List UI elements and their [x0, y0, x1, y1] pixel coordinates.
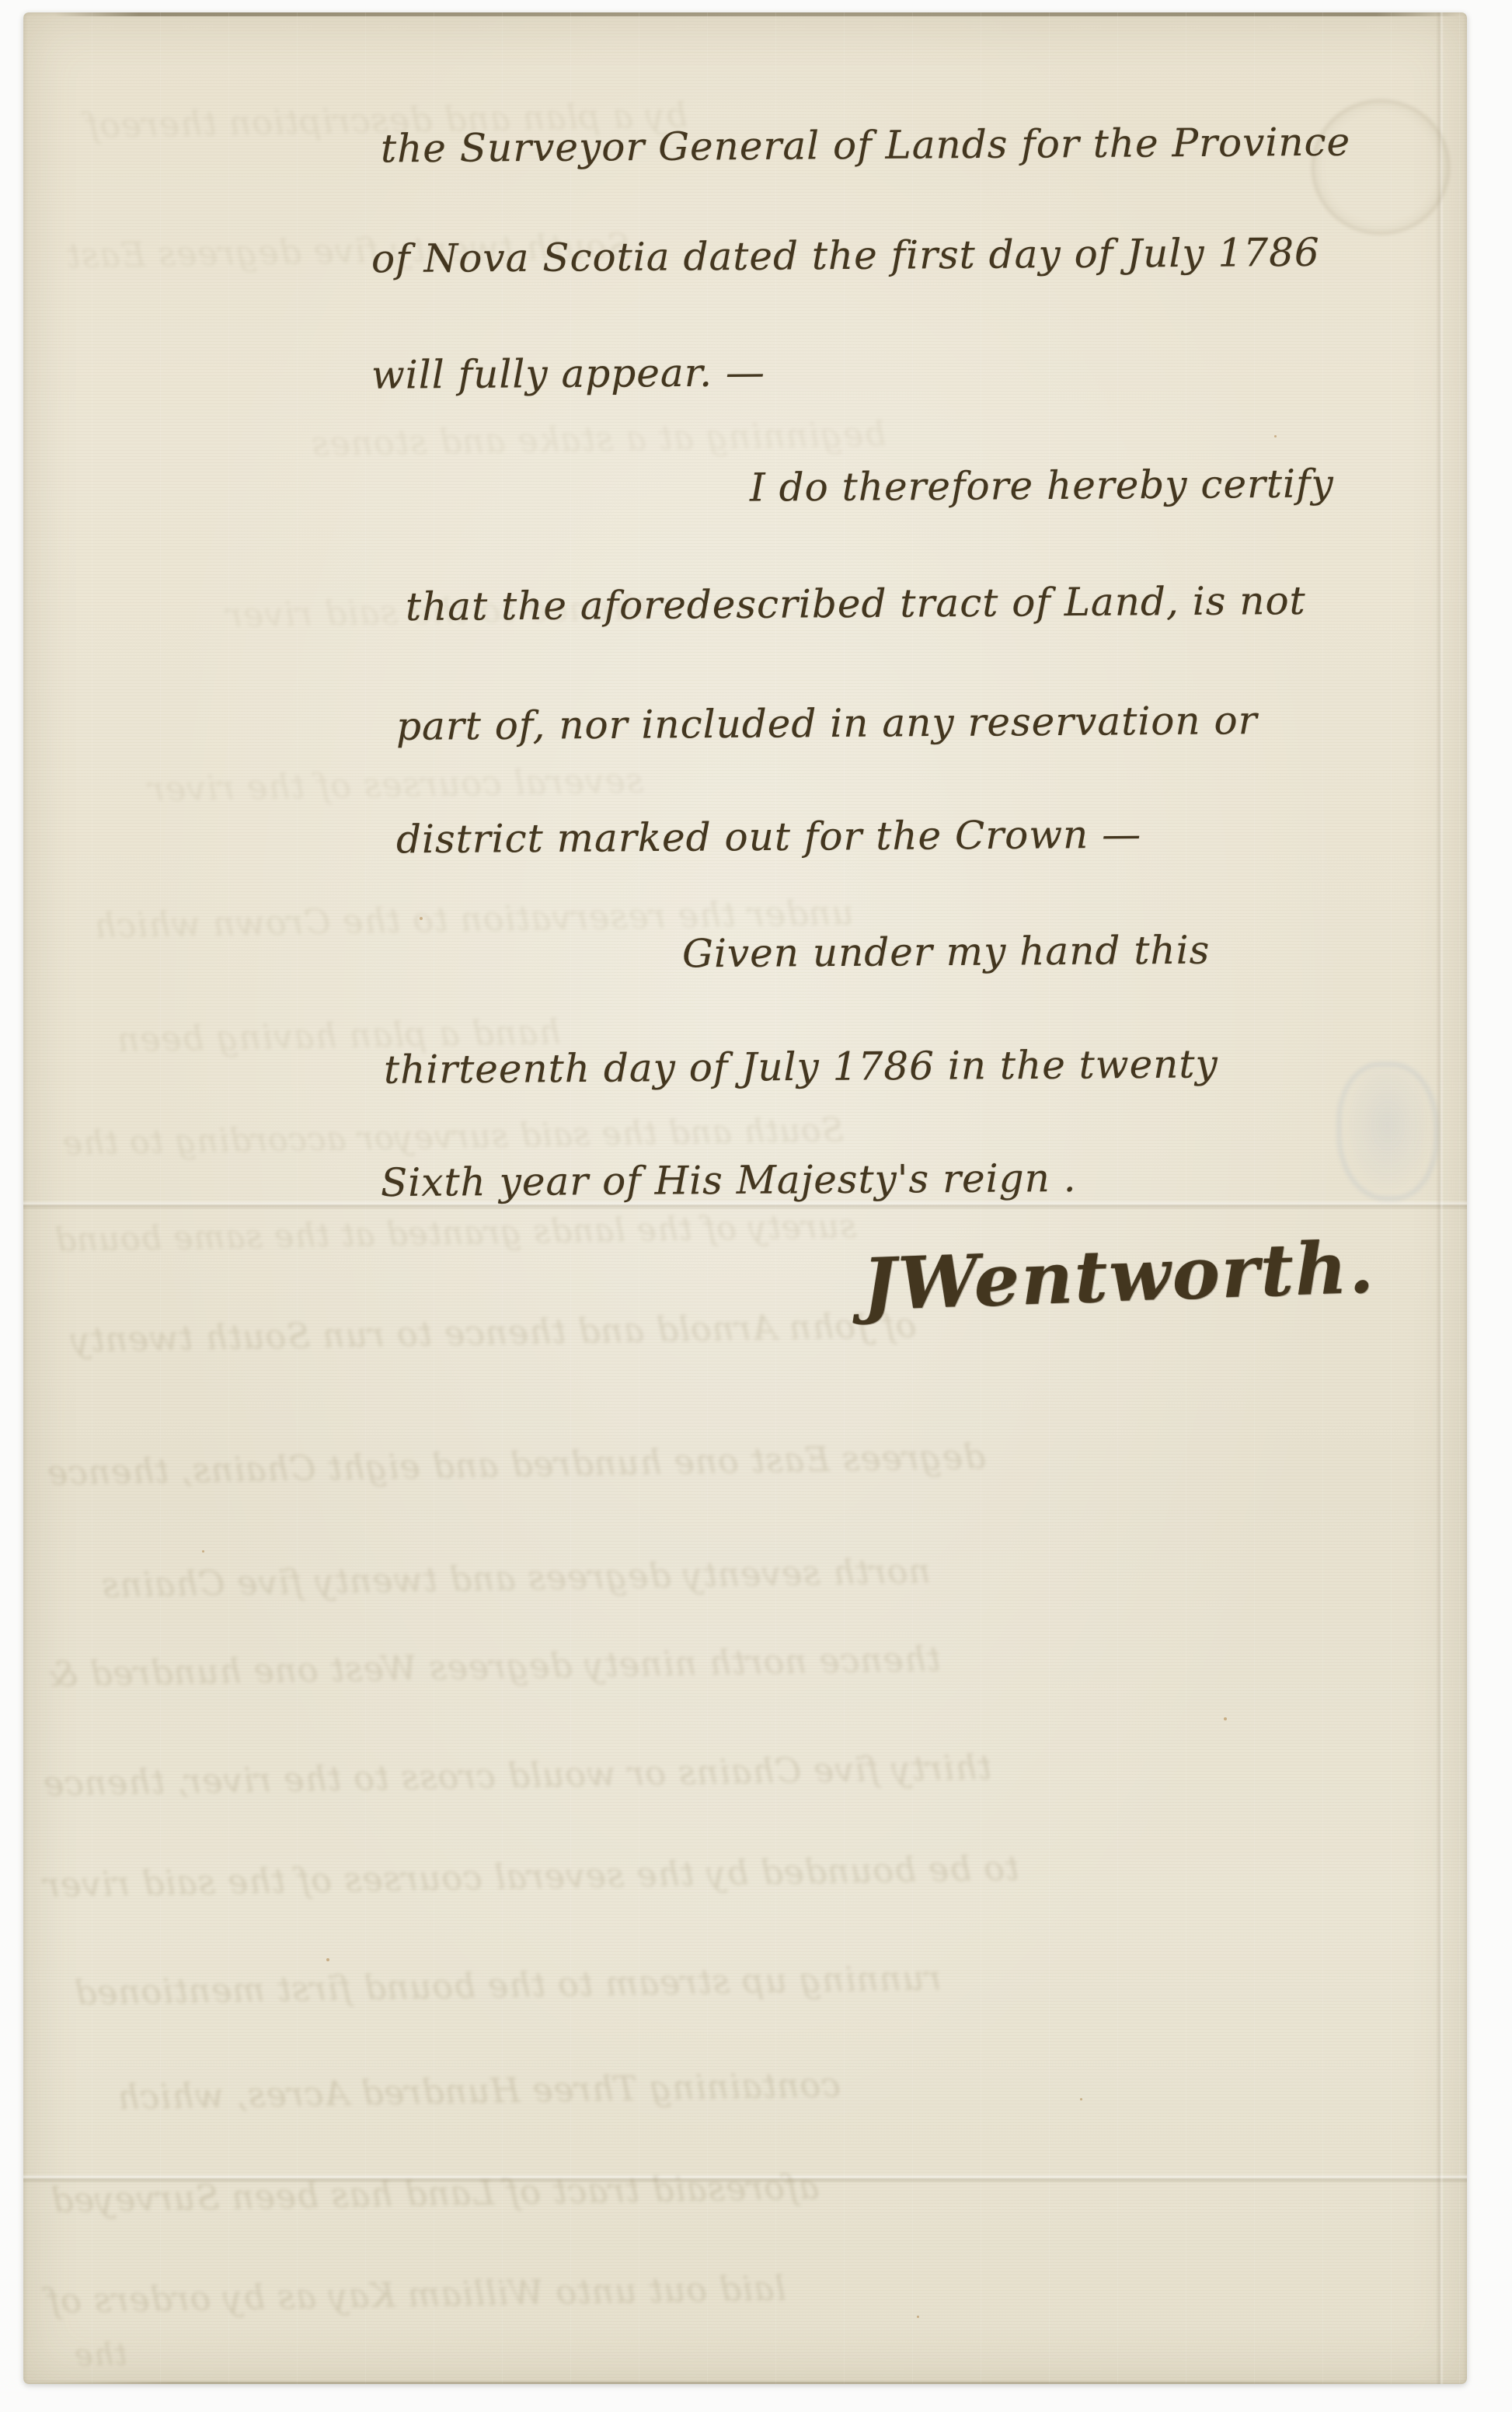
- bleedthrough-line: degrees East one hundred and eight Chain…: [47, 1437, 986, 1493]
- bleedthrough-line: thirty five Chains or would cross to the…: [43, 1748, 992, 1804]
- manuscript-line: that the aforedescribed tract of Land, i…: [406, 578, 1306, 629]
- bleedthrough-line: aforesaid tract of Land has been Surveye…: [51, 2167, 820, 2220]
- vertical-fold-crease: [1436, 12, 1444, 2384]
- bleedthrough-line: surety of the lands granted at the same …: [54, 1207, 857, 1259]
- paper-speck: [1274, 435, 1277, 437]
- bleedthrough-line: north seventy degrees and twenty five Ch…: [101, 1552, 931, 1606]
- manuscript-line: of Nova Scotia dated the first day of Ju…: [371, 230, 1320, 282]
- manuscript-line: district marked out for the Crown —: [396, 812, 1142, 863]
- bleedthrough-line: several courses of the river: [148, 761, 644, 809]
- bleedthrough-line: South and the said surveyor according to…: [62, 1110, 845, 1162]
- manuscript-line: thirteenth day of July 1786 in the twent…: [384, 1041, 1218, 1092]
- horizontal-fold-crease: [23, 2174, 1467, 2184]
- bleedthrough-line: of John Arnold and thence to run South t…: [70, 1305, 917, 1360]
- manuscript-line: Given under my hand this: [682, 928, 1211, 977]
- bleedthrough-line: to be bounded by the several courses of …: [43, 1849, 1019, 1905]
- bleedthrough-line: beginning at a stake and stones: [311, 415, 887, 465]
- paper-speck: [917, 2316, 919, 2318]
- bleedthrough-line: thence north ninety degrees West one hun…: [47, 1640, 941, 1695]
- bleedthrough-line: laid out unto William Kay as by orders o…: [47, 2269, 786, 2322]
- manuscript-line: the Surveyor General of Lands for the Pr…: [381, 120, 1351, 172]
- manuscript-line: will fully appear. —: [371, 350, 765, 398]
- paper-speck: [420, 917, 423, 920]
- document-paper: by a plan and description thereofSouth t…: [23, 12, 1467, 2384]
- bleedthrough-line: containing Three Hundred Acres, which: [117, 2065, 841, 2117]
- paper-speck: [202, 1550, 204, 1553]
- bleedthrough-line: the: [74, 2337, 127, 2373]
- faint-blue-stamp: [1338, 1063, 1437, 1200]
- paper-speck: [1224, 1717, 1227, 1720]
- bleedthrough-line: running up stream to the bound first men…: [74, 1958, 942, 2013]
- signature: JWentworth.: [861, 1225, 1376, 1327]
- manuscript-line: part of, nor included in any reservation…: [396, 698, 1258, 749]
- manuscript-line: I do therefore hereby certify: [750, 461, 1334, 510]
- manuscript-line: Sixth year of His Majesty's reign .: [381, 1155, 1077, 1205]
- scan-background: by a plan and description thereofSouth t…: [0, 0, 1512, 2412]
- paper-speck: [326, 1958, 329, 1961]
- paper-speck: [1080, 2098, 1082, 2100]
